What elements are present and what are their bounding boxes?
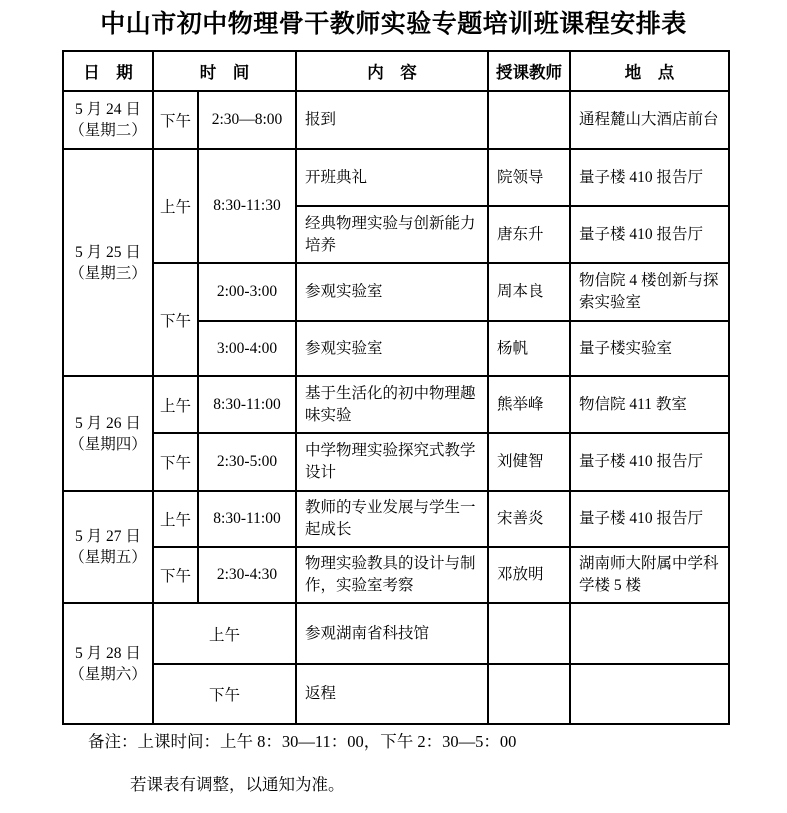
date-line: 5 月 27 日 <box>66 526 150 547</box>
content-cell: 教师的专业发展与学生一起成长 <box>296 491 488 547</box>
location-cell: 量子楼 410 报告厅 <box>570 206 729 263</box>
teacher-cell: 杨帆 <box>488 321 570 376</box>
weekday-line: （星期五） <box>66 547 150 568</box>
location-cell <box>570 603 729 664</box>
note-line-2: 若课表有调整，以通知为准。 <box>130 774 516 795</box>
period-cell: 上午 <box>153 376 198 433</box>
period-cell: 上午 <box>153 491 198 547</box>
time-cell: 2:30-5:00 <box>198 433 296 491</box>
time-cell: 2:30-4:30 <box>198 547 296 603</box>
date-cell: 5 月 26 日 （星期四） <box>63 376 153 491</box>
date-cell: 5 月 28 日 （星期六） <box>63 603 153 724</box>
time-cell: 8:30-11:00 <box>198 491 296 547</box>
page-title: 中山市初中物理骨干教师实验专题培训班课程安排表 <box>0 4 787 40</box>
content-cell: 基于生活化的初中物理趣味实验 <box>296 376 488 433</box>
time-cell: 8:30-11:30 <box>198 149 296 263</box>
location-cell: 量子楼 410 报告厅 <box>570 491 729 547</box>
teacher-cell <box>488 603 570 664</box>
weekday-line: （星期二） <box>66 120 150 141</box>
header-time: 时 间 <box>153 51 296 91</box>
teacher-cell: 院领导 <box>488 149 570 206</box>
content-cell: 物理实验教具的设计与制作，实验室考察 <box>296 547 488 603</box>
period-cell: 下午 <box>153 263 198 376</box>
location-cell: 通程麓山大酒店前台 <box>570 91 729 149</box>
header-location: 地 点 <box>570 51 729 91</box>
table-row: 下午 2:30-4:30 物理实验教具的设计与制作，实验室考察 邓放明 湖南师大… <box>63 547 729 603</box>
teacher-cell: 周本良 <box>488 263 570 321</box>
table-row: 5 月 26 日 （星期四） 上午 8:30-11:00 基于生活化的初中物理趣… <box>63 376 729 433</box>
weekday-line: （星期六） <box>66 664 150 685</box>
table-row: 5 月 27 日 （星期五） 上午 8:30-11:00 教师的专业发展与学生一… <box>63 491 729 547</box>
table-header-row: 日 期 时 间 内 容 授课教师 地 点 <box>63 51 729 91</box>
content-cell: 中学物理实验探究式教学设计 <box>296 433 488 491</box>
table-row: 下午 2:30-5:00 中学物理实验探究式教学设计 刘健智 量子楼 410 报… <box>63 433 729 491</box>
time-cell: 3:00-4:00 <box>198 321 296 376</box>
period-cell: 上午 <box>153 149 198 263</box>
period-cell: 下午 <box>153 433 198 491</box>
location-cell: 物信院 411 教室 <box>570 376 729 433</box>
date-line: 5 月 25 日 <box>66 242 150 263</box>
table-row: 下午 2:00-3:00 参观实验室 周本良 物信院 4 楼创新与探索实验室 <box>63 263 729 321</box>
period-cell: 上午 <box>153 603 296 664</box>
teacher-cell: 刘健智 <box>488 433 570 491</box>
teacher-cell: 邓放明 <box>488 547 570 603</box>
date-line: 5 月 24 日 <box>66 99 150 120</box>
table-row: 5 月 28 日 （星期六） 上午 参观湖南省科技馆 <box>63 603 729 664</box>
teacher-cell: 宋善炎 <box>488 491 570 547</box>
weekday-line: （星期四） <box>66 434 150 455</box>
notes: 备注：上课时间：上午 8：30—11：00，下午 2：30—5：00 若课表有调… <box>88 731 516 795</box>
header-teacher: 授课教师 <box>488 51 570 91</box>
time-cell: 2:00-3:00 <box>198 263 296 321</box>
period-cell: 下午 <box>153 91 198 149</box>
date-cell: 5 月 27 日 （星期五） <box>63 491 153 603</box>
note-line-1: 备注：上课时间：上午 8：30—11：00，下午 2：30—5：00 <box>88 731 516 752</box>
location-cell: 量子楼 410 报告厅 <box>570 433 729 491</box>
period-cell: 下午 <box>153 664 296 724</box>
time-cell: 2:30—8:00 <box>198 91 296 149</box>
table-row: 5 月 25 日 （星期三） 上午 8:30-11:30 开班典礼 院领导 量子… <box>63 149 729 206</box>
location-cell: 量子楼 410 报告厅 <box>570 149 729 206</box>
table-row: 下午 返程 <box>63 664 729 724</box>
content-cell: 返程 <box>296 664 488 724</box>
content-cell: 报到 <box>296 91 488 149</box>
teacher-cell <box>488 664 570 724</box>
table-row: 5 月 24 日 （星期二） 下午 2:30—8:00 报到 通程麓山大酒店前台 <box>63 91 729 149</box>
teacher-cell <box>488 91 570 149</box>
date-cell: 5 月 24 日 （星期二） <box>63 91 153 149</box>
time-cell: 8:30-11:00 <box>198 376 296 433</box>
content-cell: 开班典礼 <box>296 149 488 206</box>
location-cell <box>570 664 729 724</box>
date-cell: 5 月 25 日 （星期三） <box>63 149 153 376</box>
content-cell: 经典物理实验与创新能力培养 <box>296 206 488 263</box>
content-cell: 参观湖南省科技馆 <box>296 603 488 664</box>
content-cell: 参观实验室 <box>296 321 488 376</box>
content-cell: 参观实验室 <box>296 263 488 321</box>
teacher-cell: 熊举峰 <box>488 376 570 433</box>
weekday-line: （星期三） <box>66 263 150 284</box>
schedule-table: 日 期 时 间 内 容 授课教师 地 点 5 月 24 日 （星期二） 下午 2… <box>62 50 730 725</box>
location-cell: 湖南师大附属中学科学楼 5 楼 <box>570 547 729 603</box>
location-cell: 量子楼实验室 <box>570 321 729 376</box>
location-cell: 物信院 4 楼创新与探索实验室 <box>570 263 729 321</box>
period-cell: 下午 <box>153 547 198 603</box>
date-line: 5 月 28 日 <box>66 643 150 664</box>
date-line: 5 月 26 日 <box>66 413 150 434</box>
header-date: 日 期 <box>63 51 153 91</box>
header-content: 内 容 <box>296 51 488 91</box>
teacher-cell: 唐东升 <box>488 206 570 263</box>
